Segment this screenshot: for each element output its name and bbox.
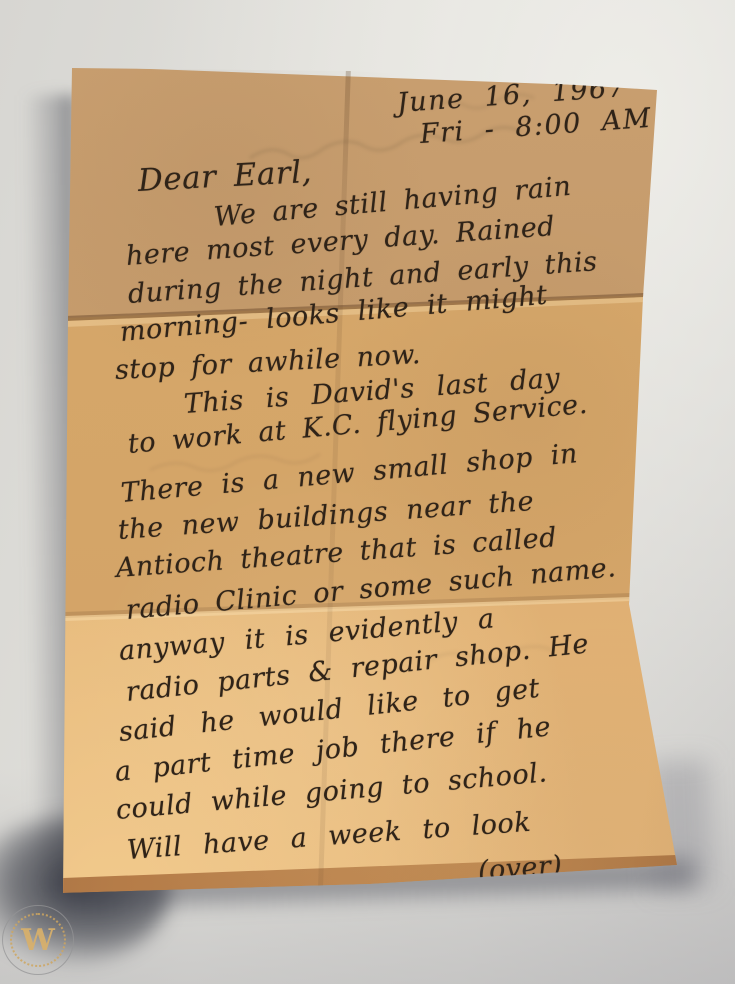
handwritten-line-greeting: Dear Earl, [137,157,312,197]
photo-background: June 16, 1967 Fri - 8:00 AM Dear Earl, W… [0,0,735,984]
letter-paper: June 16, 1967 Fri - 8:00 AM Dear Earl, W… [0,0,735,984]
watermark-letter: W [2,905,74,975]
watermark: W [2,905,74,975]
